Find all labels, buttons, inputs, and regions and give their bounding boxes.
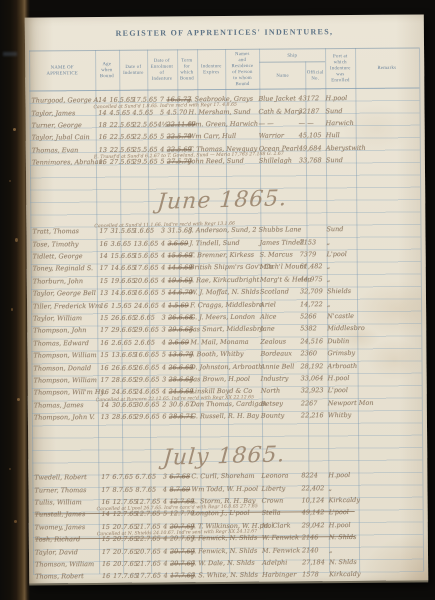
cell-date_enrolment: 29.6.65: [135, 414, 160, 421]
cell-term: 4: [159, 253, 168, 260]
rows-container: Thurgood, George A.1416.5.6517.5.65716.5…: [25, 14, 428, 583]
cell-term: 2: [160, 401, 169, 408]
cell-date_enrolment: 17.7.65: [136, 573, 161, 580]
cell-term: 4: [159, 302, 168, 309]
cell-port: Whitby: [328, 412, 424, 420]
cell-expires: 17.7.69: [170, 573, 192, 580]
cell-date_indenture: 27.5.65: [110, 159, 133, 166]
register-row: Thoms, Robert1617.7.6517.7.65417.7.69J. …: [33, 566, 425, 582]
cell-age: 14: [98, 402, 112, 409]
cell-age: 16: [99, 573, 113, 580]
cell-age: 16: [97, 303, 111, 310]
cell-age: 16: [97, 340, 111, 347]
cell-name: Thoms, Robert: [33, 573, 99, 581]
section-heading: June 1865.: [156, 186, 288, 215]
cell-term: 4½: [158, 122, 167, 129]
cell-term: 5: [161, 511, 170, 518]
register-row: Tennimores, Abraham1527.5.6529.5.65527.5…: [30, 151, 422, 167]
cell-term: 5: [159, 352, 168, 359]
cell-name: Tennimores, Abraham: [30, 159, 96, 167]
cell-term: 3: [160, 377, 169, 384]
facing-page-text-fragment: [3, 52, 17, 56]
paper-speck: [9, 468, 11, 470]
cell-official_no: 33,768: [299, 157, 326, 164]
cell-term: 5: [158, 159, 167, 166]
paper-speck: [13, 128, 16, 131]
cell-term: 4: [159, 240, 168, 247]
cell-expires: 28.6.71: [169, 414, 191, 421]
paper-speck: [15, 238, 18, 242]
cell-age: 14: [96, 110, 110, 117]
cell-term: 4: [159, 339, 168, 346]
cell-official_no: 22,216: [301, 412, 328, 419]
cell-term: 3: [160, 474, 169, 481]
cell-term: 4: [161, 536, 170, 543]
paper-speck: [11, 308, 13, 311]
cell-term: 4: [161, 573, 170, 580]
cell-term: 6: [160, 414, 169, 421]
cell-person: John Reed, Sund: [189, 158, 259, 166]
cell-date_indenture: 17.7.65: [113, 573, 136, 580]
cell-ship_name: Harbinger: [262, 572, 302, 579]
register-row: Thompson, John V.1328.6.6529.6.65628.6.7…: [32, 406, 424, 422]
cell-date_enrolment: 29.5.65: [133, 159, 158, 166]
cell-term: 3: [159, 327, 168, 334]
photo-background: REGISTER OF APPRENTICES' INDENTURES, NAM…: [0, 0, 435, 600]
cell-ship_name: Bounty: [261, 413, 301, 420]
cell-age: 15: [97, 278, 111, 285]
paper-speck: [9, 180, 11, 182]
cell-age: 16: [96, 134, 110, 141]
cell-term: 3: [158, 228, 167, 235]
cell-term: 4: [159, 277, 168, 284]
cell-age: 17: [99, 549, 113, 556]
cell-age: 17: [97, 327, 111, 334]
cell-ship_name: Shillelagh: [259, 158, 299, 165]
cell-port: Kirkcaldy: [329, 571, 425, 579]
cell-term: 5: [159, 290, 168, 297]
paper-speck: [17, 398, 20, 401]
cell-person: G. Russell, R. H. Bay: [191, 413, 261, 421]
cell-expires: 27.5.70: [167, 159, 189, 166]
cell-term: 4: [161, 560, 170, 567]
cell-date_indenture: 28.6.65: [112, 414, 135, 421]
cell-term: 4: [160, 364, 169, 371]
cell-term: 4: [160, 486, 169, 493]
cell-port: Sund: [326, 157, 422, 165]
cell-term: 3: [159, 315, 168, 322]
cell-age: 16: [97, 241, 111, 248]
ledger-page: REGISTER OF APPRENTICES' INDENTURES, NAM…: [25, 14, 428, 583]
cell-name: Thompson, John V.: [32, 414, 98, 422]
cell-person: J. S. White, N. Shlds: [192, 572, 262, 580]
cell-official_no: 1578: [302, 572, 329, 579]
cell-age: 17: [98, 487, 112, 494]
cell-age: 14: [99, 511, 113, 518]
cell-term: 4: [159, 265, 168, 272]
cell-term: 5: [158, 109, 167, 116]
cell-age: 15: [96, 159, 110, 166]
cell-age: 16: [98, 365, 112, 372]
section-heading: July 1865.: [162, 442, 286, 471]
cell-term: 4: [161, 548, 170, 555]
cell-age: 13: [98, 414, 112, 421]
cell-term: 5: [158, 134, 167, 141]
cell-age: 16: [99, 561, 113, 568]
cell-age: 16: [98, 389, 112, 396]
cell-age: 17: [97, 265, 111, 272]
paper-speck: [14, 520, 17, 523]
